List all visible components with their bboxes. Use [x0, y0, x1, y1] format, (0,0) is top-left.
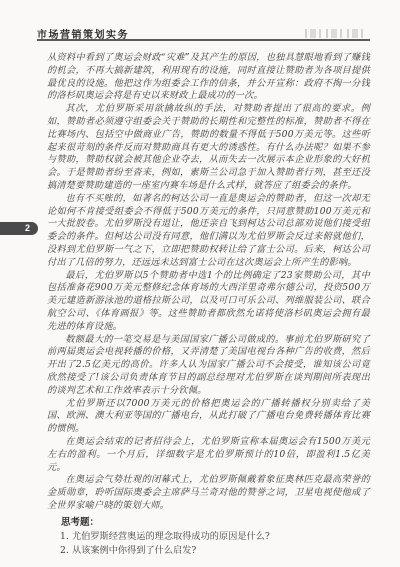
body-paragraph: 尤伯罗斯还以7000万美元的价格把奥运会的广播转播权分别卖给了美国、欧洲、澳大利…: [47, 398, 370, 436]
barcode-decoration: [305, 29, 367, 38]
question-item: 1.尤伯罗斯经营奥运的理念取得成功的原因是什么?: [47, 530, 370, 545]
body-paragraph: 也有不买账的，如著名的柯达公司一直是奥运会的赞助者，但这一次却无论如何不肯接受组…: [47, 193, 370, 270]
page-header: 市场营销策划实务: [37, 23, 370, 41]
body-paragraph: 在奥运会结束的记者招待会上，尤伯罗斯宣称本届奥运会有1500万美元左右的盈利。一…: [47, 436, 370, 474]
chapter-tab-number: 2: [25, 223, 30, 233]
question-text: 尤伯罗斯经营奥运的理念取得成功的原因是什么?: [72, 531, 270, 542]
questions-heading: 思考题：: [47, 516, 370, 530]
case-text-block: 从资料中看到了奥运会财政“灾难”及其产生的原因，也独具慧眼地看到了赚钱的机会，不…: [47, 52, 370, 559]
question-text: 从该案例中你得到了什么启发?: [72, 545, 196, 556]
book-page: 市场营销策划实务 2 从资料中看到了奥运会财政“灾难”及其产生的原因，也独具慧眼…: [0, 0, 400, 567]
body-paragraph: 从资料中看到了奥运会财政“灾难”及其产生的原因，也独具慧眼地看到了赚钱的机会，不…: [47, 52, 370, 103]
body-paragraph: 数额最大的一笔交易是与美国国家广播公司做成的。事前尤伯罗斯研究了前两届奥运会电视…: [47, 334, 370, 398]
question-item: 2.从该案例中你得到了什么启发?: [47, 544, 370, 559]
body-paragraph: 在奥运会气势壮观的闭幕式上，尤伯罗斯佩戴着象征奥林匹克最高荣誉的金质勋章，聆听国…: [47, 474, 370, 512]
chapter-tab: 2: [0, 222, 38, 235]
question-number: 1.: [60, 530, 72, 545]
body-paragraph: 其次，尤伯罗斯采用欲擒故纵的手法，对赞助者提出了很高的要求。例如，赞助者必须遵守…: [47, 103, 370, 193]
page-header-title: 市场营销策划实务: [37, 30, 129, 41]
body-paragraph: 最后，尤伯罗斯以5个赞助者中选1个的比例确定了23家赞助公司，其中包括准备花90…: [47, 270, 370, 334]
question-number: 2.: [60, 544, 72, 559]
